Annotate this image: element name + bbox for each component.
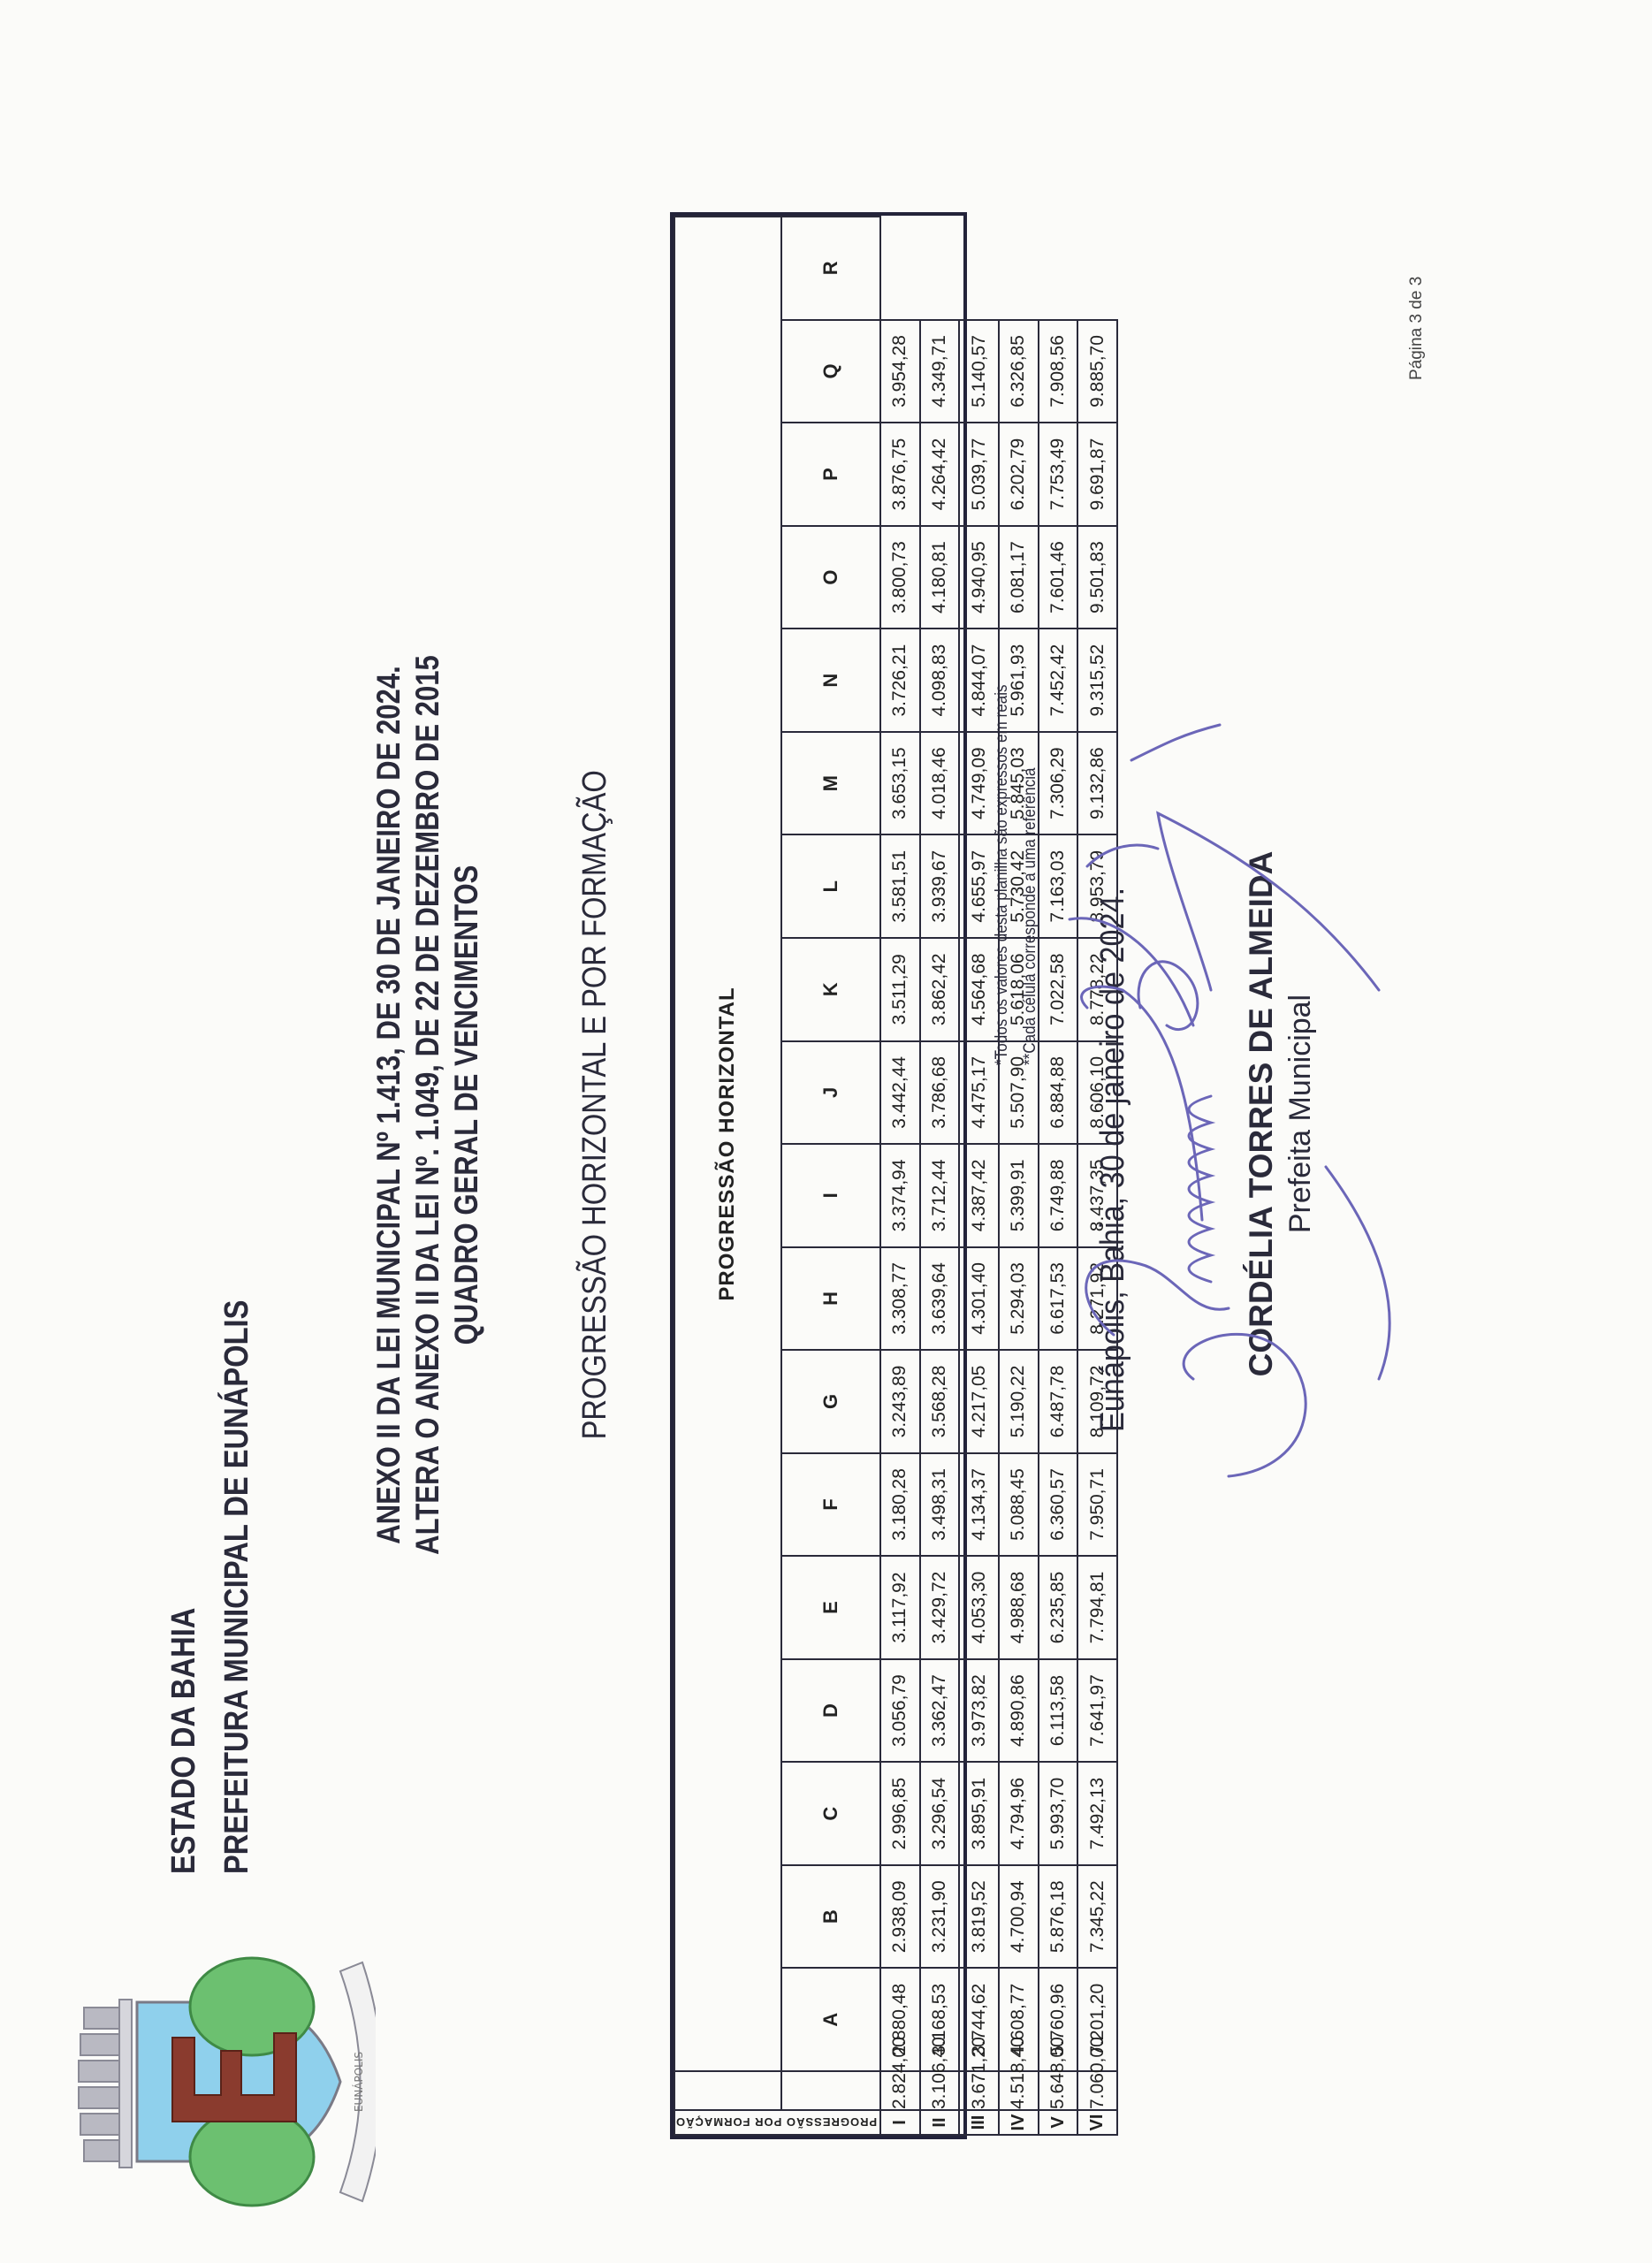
title-line-2: ALTERA O ANEXO II DA LEI Nº. 1.049, DE 2…: [408, 578, 447, 1633]
salary-cell: 2.996,85: [880, 1762, 920, 1865]
salary-cell: 4.301,40: [959, 1247, 999, 1351]
column-header-row: ABCDEFGHIJKLMNOPQR: [781, 217, 881, 2135]
salary-cell: 3.180,28: [880, 1453, 920, 1557]
salary-cell: 7.060,00: [1077, 2071, 1117, 2110]
place-date-text: Eunápolis, Bahia, 30 de janeiro de 2024.: [1094, 888, 1132, 1432]
column-header-b: B: [781, 1865, 881, 1969]
salary-cell: 3.973,82: [959, 1659, 999, 1763]
column-header-p: P: [781, 423, 881, 526]
salary-cell: 6.360,57: [1039, 1453, 1078, 1557]
salary-cell: 3.653,15: [880, 732, 920, 835]
salary-cell: 3.243,89: [880, 1350, 920, 1453]
organization-header: ESTADO DA BAHIA PREFEITURA MUNICIPAL DE …: [157, 1300, 263, 1874]
column-header-h: H: [781, 1247, 881, 1351]
salary-cell: 4.940,95: [959, 526, 999, 629]
salary-cell: 2.880,48: [880, 1968, 920, 2071]
salary-cell: 4.349,71: [920, 320, 960, 423]
table-subtitle: PROGRESSÃO HORIZONTAL E POR FORMAÇÃO: [576, 477, 614, 1733]
column-header-d: D: [781, 1659, 881, 1763]
prefecture-name: PREFEITURA MUNICIPAL DE EUNÁPOLIS: [210, 1300, 263, 1874]
row-level-label: V: [1039, 2110, 1078, 2135]
salary-cell: 6.081,17: [999, 526, 1039, 629]
row-level-label: III: [959, 2110, 999, 2135]
salary-cell: 6.749,88: [1039, 1144, 1078, 1247]
salary-cell: 4.518,40: [999, 2071, 1039, 2110]
salary-cell: 3.786,68: [920, 1041, 960, 1145]
salary-cell: 4.134,37: [959, 1453, 999, 1557]
table-row: II3.106,403.168,533.231,903.296,543.362,…: [920, 217, 960, 2135]
subtitle-text: PROGRESSÃO HORIZONTAL E POR FORMAÇÃO: [576, 770, 614, 1439]
salary-cell: 7.201,20: [1077, 1968, 1117, 2071]
salary-cell: 3.296,54: [920, 1762, 960, 1865]
table-body: I2.824,002.880,482.938,092.996,853.056,7…: [880, 217, 1117, 2135]
salary-cell: 5.039,77: [959, 423, 999, 526]
footnote-reference: **Cada célula corresponde a uma referênc…: [1016, 684, 1045, 1065]
salary-cell: 4.180,81: [920, 526, 960, 629]
salary-cell: 5.993,70: [1039, 1762, 1078, 1865]
salary-cell: 9.885,70: [1077, 320, 1117, 423]
column-header-a: A: [781, 1968, 881, 2071]
salary-cell: 3.429,72: [920, 1556, 960, 1659]
salary-cell: 7.641,97: [1077, 1659, 1117, 1763]
row-level-label: VI: [1077, 2110, 1117, 2135]
row-level-label: IV: [999, 2110, 1039, 2135]
salary-cell: 5.294,03: [999, 1247, 1039, 1351]
salary-cell: 7.950,71: [1077, 1453, 1117, 1557]
column-header-r: R: [781, 217, 881, 320]
row-level-label: I: [880, 2110, 920, 2135]
salary-cell: 7.908,56: [1039, 320, 1078, 423]
salary-cell: 3.876,75: [880, 423, 920, 526]
salary-cell: 4.387,42: [959, 1144, 999, 1247]
salary-cell: 5.399,91: [999, 1144, 1039, 1247]
eunapolis-coat-of-arms-icon: EUNÁPOLIS: [75, 1909, 376, 2245]
salary-cell: 4.264,42: [920, 423, 960, 526]
corner-cell: [674, 2071, 781, 2110]
column-header-n: N: [781, 629, 881, 732]
salary-cell: 3.800,73: [880, 526, 920, 629]
column-header-f: F: [781, 1453, 881, 1557]
salary-cell: 3.117,92: [880, 1556, 920, 1659]
table-row: V5.648,005.760,965.876,185.993,706.113,5…: [1039, 217, 1078, 2135]
column-header-m: M: [781, 732, 881, 835]
column-header-k: K: [781, 938, 881, 1041]
signer-role: Prefeita Municipal: [1283, 796, 1318, 1432]
salary-cell: 3.895,91: [959, 1762, 999, 1865]
table-row: I2.824,002.880,482.938,092.996,853.056,7…: [880, 217, 920, 2135]
salary-cell: 5.140,57: [959, 320, 999, 423]
salary-cell: 3.374,94: [880, 1144, 920, 1247]
salary-cell: 3.819,52: [959, 1865, 999, 1969]
salary-cell: 6.202,79: [999, 423, 1039, 526]
salary-cell: 6.487,78: [1039, 1350, 1078, 1453]
salary-cell: 5.876,18: [1039, 1865, 1078, 1969]
salary-cell: 3.726,21: [880, 629, 920, 732]
salary-cell: 6.617,53: [1039, 1247, 1078, 1351]
salary-cell: 4.217,05: [959, 1350, 999, 1453]
corner-cell-2: [781, 2071, 881, 2110]
salary-cell: 9.501,83: [1077, 526, 1117, 629]
band-row: PROGRESSÃO POR FORMAÇÃO PROGRESSÃO HORIZ…: [674, 217, 781, 2135]
signer-name: CORDÉLIA TORRES DE ALMEIDA: [1243, 796, 1280, 1432]
salary-cell: 3.511,29: [880, 938, 920, 1041]
salary-cell: 3.231,90: [920, 1865, 960, 1969]
salary-cell: 9.691,87: [1077, 423, 1117, 526]
salary-cell: 4.988,68: [999, 1556, 1039, 1659]
salary-cell: 3.362,47: [920, 1659, 960, 1763]
column-header-o: O: [781, 526, 881, 629]
salary-cell: 4.018,46: [920, 732, 960, 835]
salary-cell: 6.235,85: [1039, 1556, 1078, 1659]
table-row: III3.671,203.744,623.819,523.895,913.973…: [959, 217, 999, 2135]
salary-cell: 9.315,52: [1077, 629, 1117, 732]
salary-cell: 3.056,79: [880, 1659, 920, 1763]
title-line-1: ANEXO II DA LEI MUNICIPAL Nº 1.413, DE 3…: [369, 578, 408, 1633]
salary-cell: 7.345,22: [1077, 1865, 1117, 1969]
salary-cell: 3.568,28: [920, 1350, 960, 1453]
salary-cell: 7.492,13: [1077, 1762, 1117, 1865]
side-label-cell: PROGRESSÃO POR FORMAÇÃO: [674, 2110, 880, 2135]
salary-cell: 4.053,30: [959, 1556, 999, 1659]
salary-cell: 4.890,86: [999, 1659, 1039, 1763]
salary-cell: 6.326,85: [999, 320, 1039, 423]
salary-cell: 3.862,42: [920, 938, 960, 1041]
salary-cell: 3.639,64: [920, 1247, 960, 1351]
salary-table: PROGRESSÃO POR FORMAÇÃO PROGRESSÃO HORIZ…: [670, 212, 967, 2139]
salary-cell: 5.760,96: [1039, 1968, 1078, 2071]
signer-block: CORDÉLIA TORRES DE ALMEIDA Prefeita Muni…: [1243, 796, 1318, 1432]
salary-cell: 3.939,67: [920, 834, 960, 938]
column-header-i: I: [781, 1144, 881, 1247]
place-and-date: Eunápolis, Bahia, 30 de janeiro de 2024.: [1094, 827, 1132, 1432]
salary-cell: 3.168,53: [920, 1968, 960, 2071]
salary-cell: 4.098,83: [920, 629, 960, 732]
salary-grid: PROGRESSÃO POR FORMAÇÃO PROGRESSÃO HORIZ…: [674, 216, 1118, 2136]
salary-cell: 3.106,40: [920, 2071, 960, 2110]
title-line-3: QUADRO GERAL DE VENCIMENTOS: [447, 578, 486, 1633]
document-titles: ANEXO II DA LEI MUNICIPAL Nº 1.413, DE 3…: [369, 477, 486, 1733]
salary-cell: 7.753,49: [1039, 423, 1078, 526]
salary-cell: 3.744,62: [959, 1968, 999, 2071]
horizontal-progression-header: PROGRESSÃO HORIZONTAL: [674, 217, 781, 2071]
salary-cell: 3.442,44: [880, 1041, 920, 1145]
document-page: EUNÁPOLIS ESTADO DA BAHIA PREFEITURA MUN…: [0, 0, 1652, 2263]
salary-cell: 9.132,86: [1077, 732, 1117, 835]
salary-cell: 3.712,44: [920, 1144, 960, 1247]
salary-cell: 7.601,46: [1039, 526, 1078, 629]
state-name: ESTADO DA BAHIA: [157, 1300, 210, 1874]
salary-cell: 5.088,45: [999, 1453, 1039, 1557]
column-header-c: C: [781, 1762, 881, 1865]
salary-cell: 3.581,51: [880, 834, 920, 938]
column-header-l: L: [781, 834, 881, 938]
footnote-currency: *Todos os valores desta planilha são exp…: [988, 684, 1016, 1065]
column-header-e: E: [781, 1556, 881, 1659]
salary-cell: 2.824,00: [880, 2071, 920, 2110]
row-level-label: II: [920, 2110, 960, 2135]
table-row: IV4.518,404.608,774.700,944.794,964.890,…: [999, 217, 1039, 2135]
salary-cell: 4.700,94: [999, 1865, 1039, 1969]
salary-cell: 2.938,09: [880, 1865, 920, 1969]
column-header-g: G: [781, 1350, 881, 1453]
salary-cell: 5.190,22: [999, 1350, 1039, 1453]
salary-cell: 5.648,00: [1039, 2071, 1078, 2110]
progression-by-formation-label: PROGRESSÃO POR FORMAÇÃO: [675, 2116, 877, 2130]
column-header-j: J: [781, 1041, 881, 1145]
svg-text:EUNÁPOLIS: EUNÁPOLIS: [352, 2052, 365, 2112]
salary-cell: 3.671,20: [959, 2071, 999, 2110]
salary-cell: 4.794,96: [999, 1762, 1039, 1865]
footnotes: *Todos os valores desta planilha são exp…: [988, 643, 1045, 1065]
salary-cell: 6.113,58: [1039, 1659, 1078, 1763]
salary-cell: 7.794,81: [1077, 1556, 1117, 1659]
page-number: Página 3 de 3: [1407, 277, 1427, 380]
salary-cell: 3.498,31: [920, 1453, 960, 1557]
salary-cell: 3.954,28: [880, 320, 920, 423]
column-header-q: Q: [781, 320, 881, 423]
salary-cell: 4.608,77: [999, 1968, 1039, 2071]
salary-cell: 3.308,77: [880, 1247, 920, 1351]
